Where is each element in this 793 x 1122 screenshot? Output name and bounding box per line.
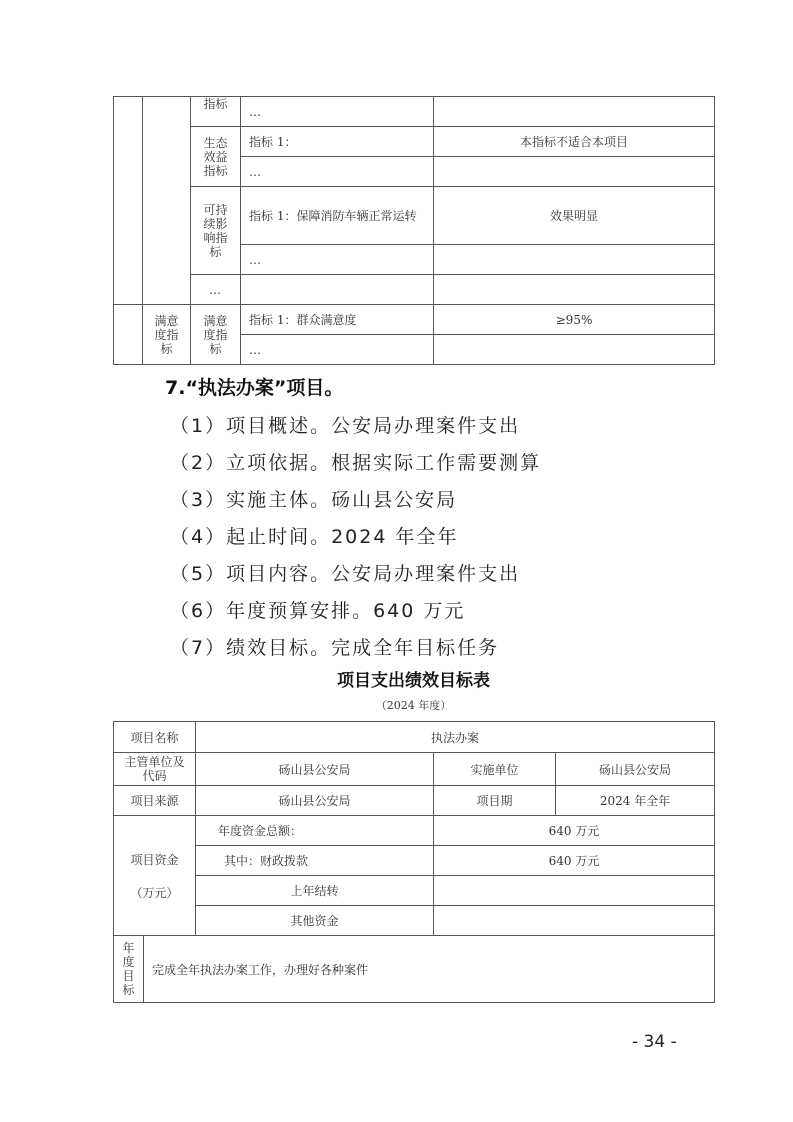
indicator-value-cell: 本指标不适合本项目 <box>434 127 715 157</box>
indicator-value-cell <box>434 275 715 305</box>
indicator-item-cell: 指标 1： <box>241 127 434 157</box>
project-funds-label: 项目资金 （万元） <box>114 816 196 936</box>
section-heading: 7.“执法办案”项目。 <box>165 373 343 400</box>
satisfaction-indicator-category: 满意度指标 <box>143 305 191 365</box>
ecological-benefit-indicator-label: 生态效益指标 <box>191 127 241 187</box>
indicator-value-cell <box>434 245 715 275</box>
project-period-label: 项目期 <box>434 786 556 816</box>
indicator-item-cell: … <box>241 335 434 365</box>
section-item-5: （5）项目内容。公安局办理案件支出 <box>170 559 520 586</box>
funds-total-label: 年度资金总额： <box>196 816 434 846</box>
project-source-value: 砀山县公安局 <box>196 786 434 816</box>
indicator-item-cell: … <box>241 245 434 275</box>
table-subtitle: （2024 年度） <box>113 697 714 713</box>
section-item-6: （6）年度预算安排。640 万元 <box>170 596 465 623</box>
page-number: - 34 - <box>632 1032 677 1052</box>
funds-carryover-label: 上年结转 <box>196 876 434 906</box>
section-item-3: （3）实施主体。砀山县公安局 <box>170 485 457 512</box>
project-source-label: 项目来源 <box>114 786 196 816</box>
section-item-7: （7）绩效目标。完成全年目标任务 <box>170 633 499 660</box>
project-name-label: 项目名称 <box>114 722 196 753</box>
indicator-type-cell: … <box>191 275 241 305</box>
impl-unit-value: 砀山县公安局 <box>556 753 715 786</box>
dept-value: 砀山县公安局 <box>196 753 434 786</box>
project-name-value: 执法办案 <box>196 722 715 753</box>
indicator-item-cell: … <box>241 157 434 187</box>
indicator-item-cell: 指标 1：群众满意度 <box>241 305 434 335</box>
subcategory-cell-empty <box>143 97 191 305</box>
funds-fiscal-label: 其中：财政拨款 <box>196 846 434 876</box>
category-cell-empty <box>114 305 143 365</box>
funds-total-value: 640 万元 <box>434 816 715 846</box>
indicator-item-cell <box>241 275 434 305</box>
table-title: 项目支出绩效目标表 <box>113 666 714 691</box>
section-item-1: （1）项目概述。公安局办理案件支出 <box>170 411 520 438</box>
category-cell-empty <box>114 97 143 305</box>
annual-goal-value: 完成全年执法办案工作，办理好各种案件 <box>144 936 715 1003</box>
indicator-item-cell: … <box>241 97 434 127</box>
satisfaction-indicator-label: 满意度指标 <box>191 305 241 365</box>
section-item-4: （4）起止时间。2024 年全年 <box>170 522 458 549</box>
annual-goal-label: 年度目标 <box>114 936 144 1003</box>
impl-unit-label: 实施单位 <box>434 753 556 786</box>
sustainable-impact-indicator-label: 可持续影响指标 <box>191 187 241 275</box>
funds-other-value <box>434 906 715 936</box>
project-performance-target-table: 项目名称 执法办案 主管单位及代码 砀山县公安局 实施单位 砀山县公安局 项目来… <box>113 721 715 1003</box>
indicator-type-cell: 指标 <box>191 97 241 127</box>
indicator-item-cell: 指标 1：保障消防车辆正常运转 <box>241 187 434 245</box>
section-item-2: （2）立项依据。根据实际工作需要测算 <box>170 448 541 475</box>
funds-carryover-value <box>434 876 715 906</box>
indicator-value-cell <box>434 335 715 365</box>
indicator-value-cell <box>434 157 715 187</box>
performance-indicator-table-continued: 指标 … 生态效益指标 指标 1： 本指标不适合本项目 … 可持续影响指标 指标… <box>113 96 715 365</box>
funds-other-label: 其他资金 <box>196 906 434 936</box>
indicator-value-cell <box>434 97 715 127</box>
indicator-value-cell: ≥95% <box>434 305 715 335</box>
indicator-value-cell: 效果明显 <box>434 187 715 245</box>
project-period-value: 2024 年全年 <box>556 786 715 816</box>
dept-label: 主管单位及代码 <box>114 753 196 786</box>
funds-fiscal-value: 640 万元 <box>434 846 715 876</box>
